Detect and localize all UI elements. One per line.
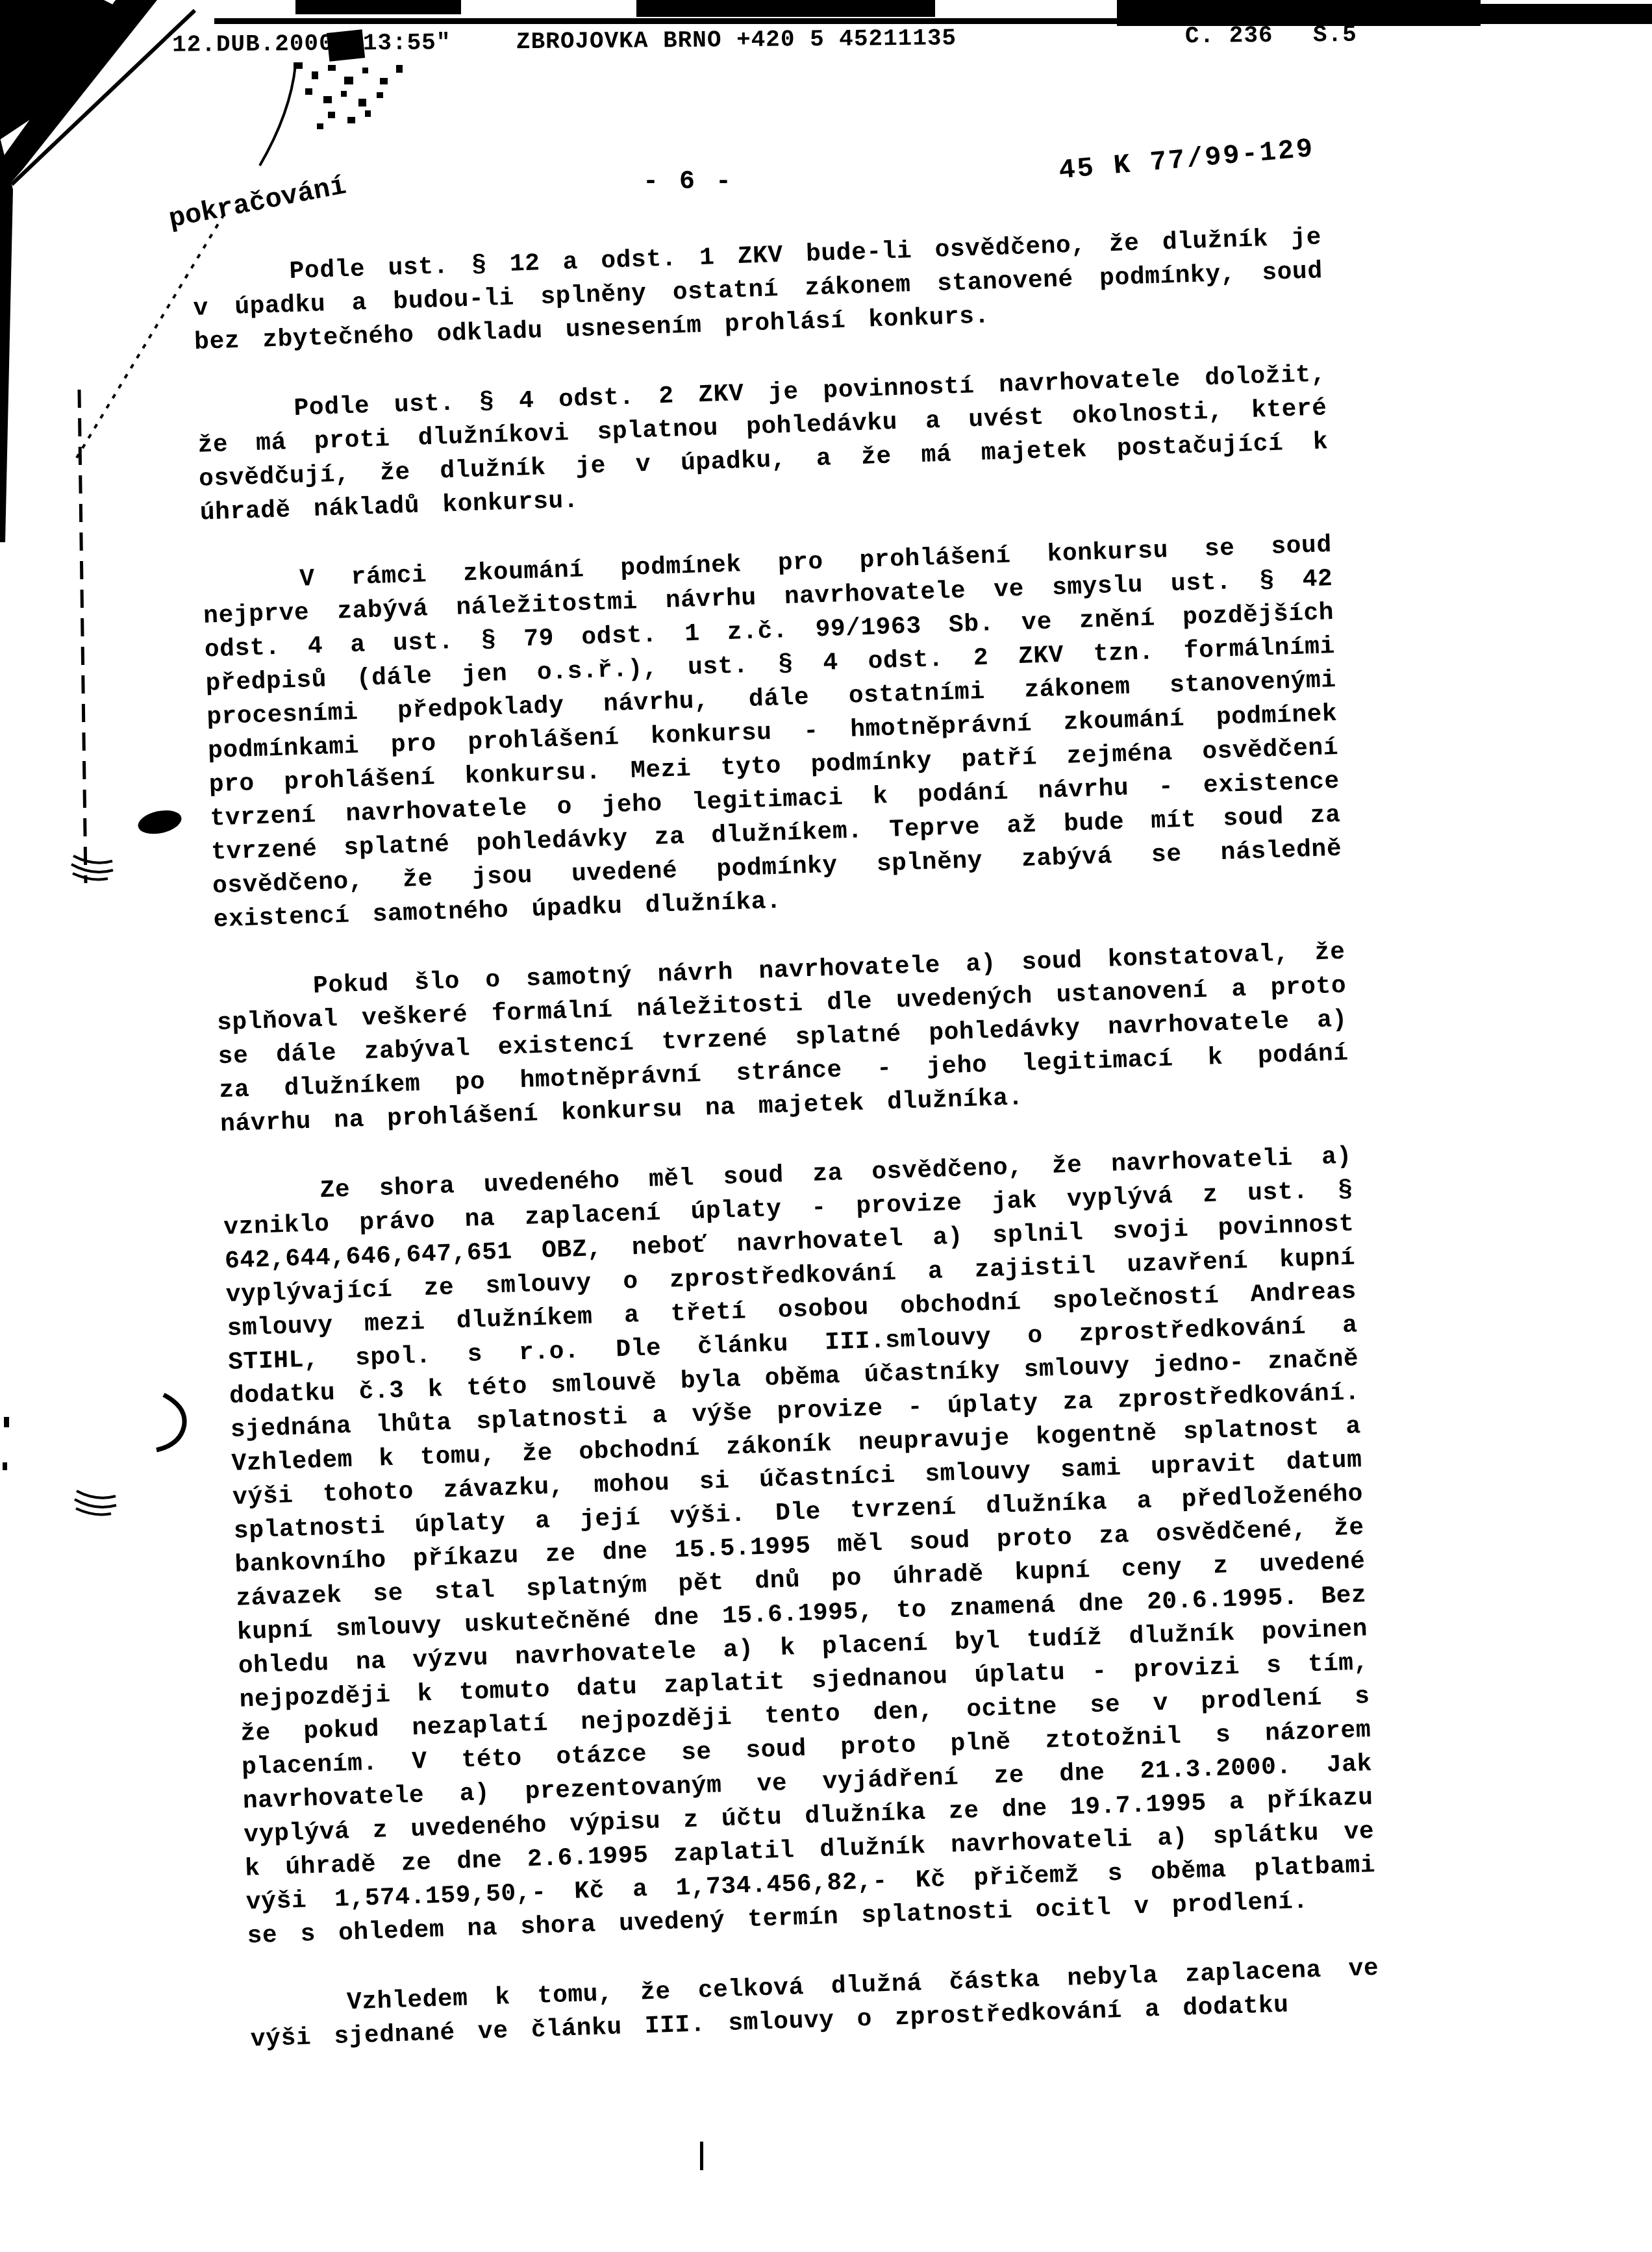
body-paragraph: V rámci zkoumání podmínek pro prohlášení… bbox=[202, 529, 1344, 937]
margin-paren-mark bbox=[156, 1395, 184, 1450]
fax-sheet-number: S.5 bbox=[1313, 21, 1357, 49]
margin-squiggle-1 bbox=[71, 856, 113, 879]
margin-squiggle-2 bbox=[75, 1491, 116, 1514]
body-paragraph: Podle ust. § 4 odst. 2 ZKV je povinností… bbox=[196, 358, 1330, 531]
body-paragraph: Ze shora uvedeného měl soud za osvědčeno… bbox=[222, 1140, 1377, 1954]
edge-speck-1 bbox=[4, 1417, 9, 1427]
body-paragraph: Vzhledem k tomu, že celková dlužná částk… bbox=[249, 1952, 1380, 2057]
left-edge-sliver bbox=[0, 138, 13, 542]
edge-speck-2 bbox=[3, 1462, 7, 1470]
body-paragraph: Podle ust. § 12 a odst. 1 ZKV bude-li os… bbox=[192, 221, 1324, 360]
fax-datetime: 12.DUB.2000 13:55″ bbox=[172, 29, 451, 58]
fax-document-page: 12.DUB.2000 13:55″ ZBROJOVKA BRNO +420 5… bbox=[0, 0, 1652, 2252]
case-number: 45 K 77/99-129 bbox=[1058, 133, 1316, 186]
page-number: - 6 - bbox=[643, 168, 734, 197]
bottom-dash bbox=[700, 2142, 703, 2170]
crease-vertical bbox=[79, 390, 86, 883]
margin-ink-dot bbox=[136, 807, 184, 837]
document-body: Podle ust. § 12 a odst. 1 ZKV bude-li os… bbox=[192, 221, 1382, 2092]
body-paragraph: Pokud šlo o samotný návrh navrhovatele a… bbox=[216, 936, 1351, 1142]
fax-station-id: ZBROJOVKA BRNO +420 5 45211135 bbox=[516, 25, 957, 55]
fax-header: 12.DUB.2000 13:55″ ZBROJOVKA BRNO +420 5… bbox=[0, 0, 1652, 85]
continuation-label: pokračování bbox=[166, 170, 349, 235]
fax-page-counter: C. 236 bbox=[1185, 22, 1273, 49]
